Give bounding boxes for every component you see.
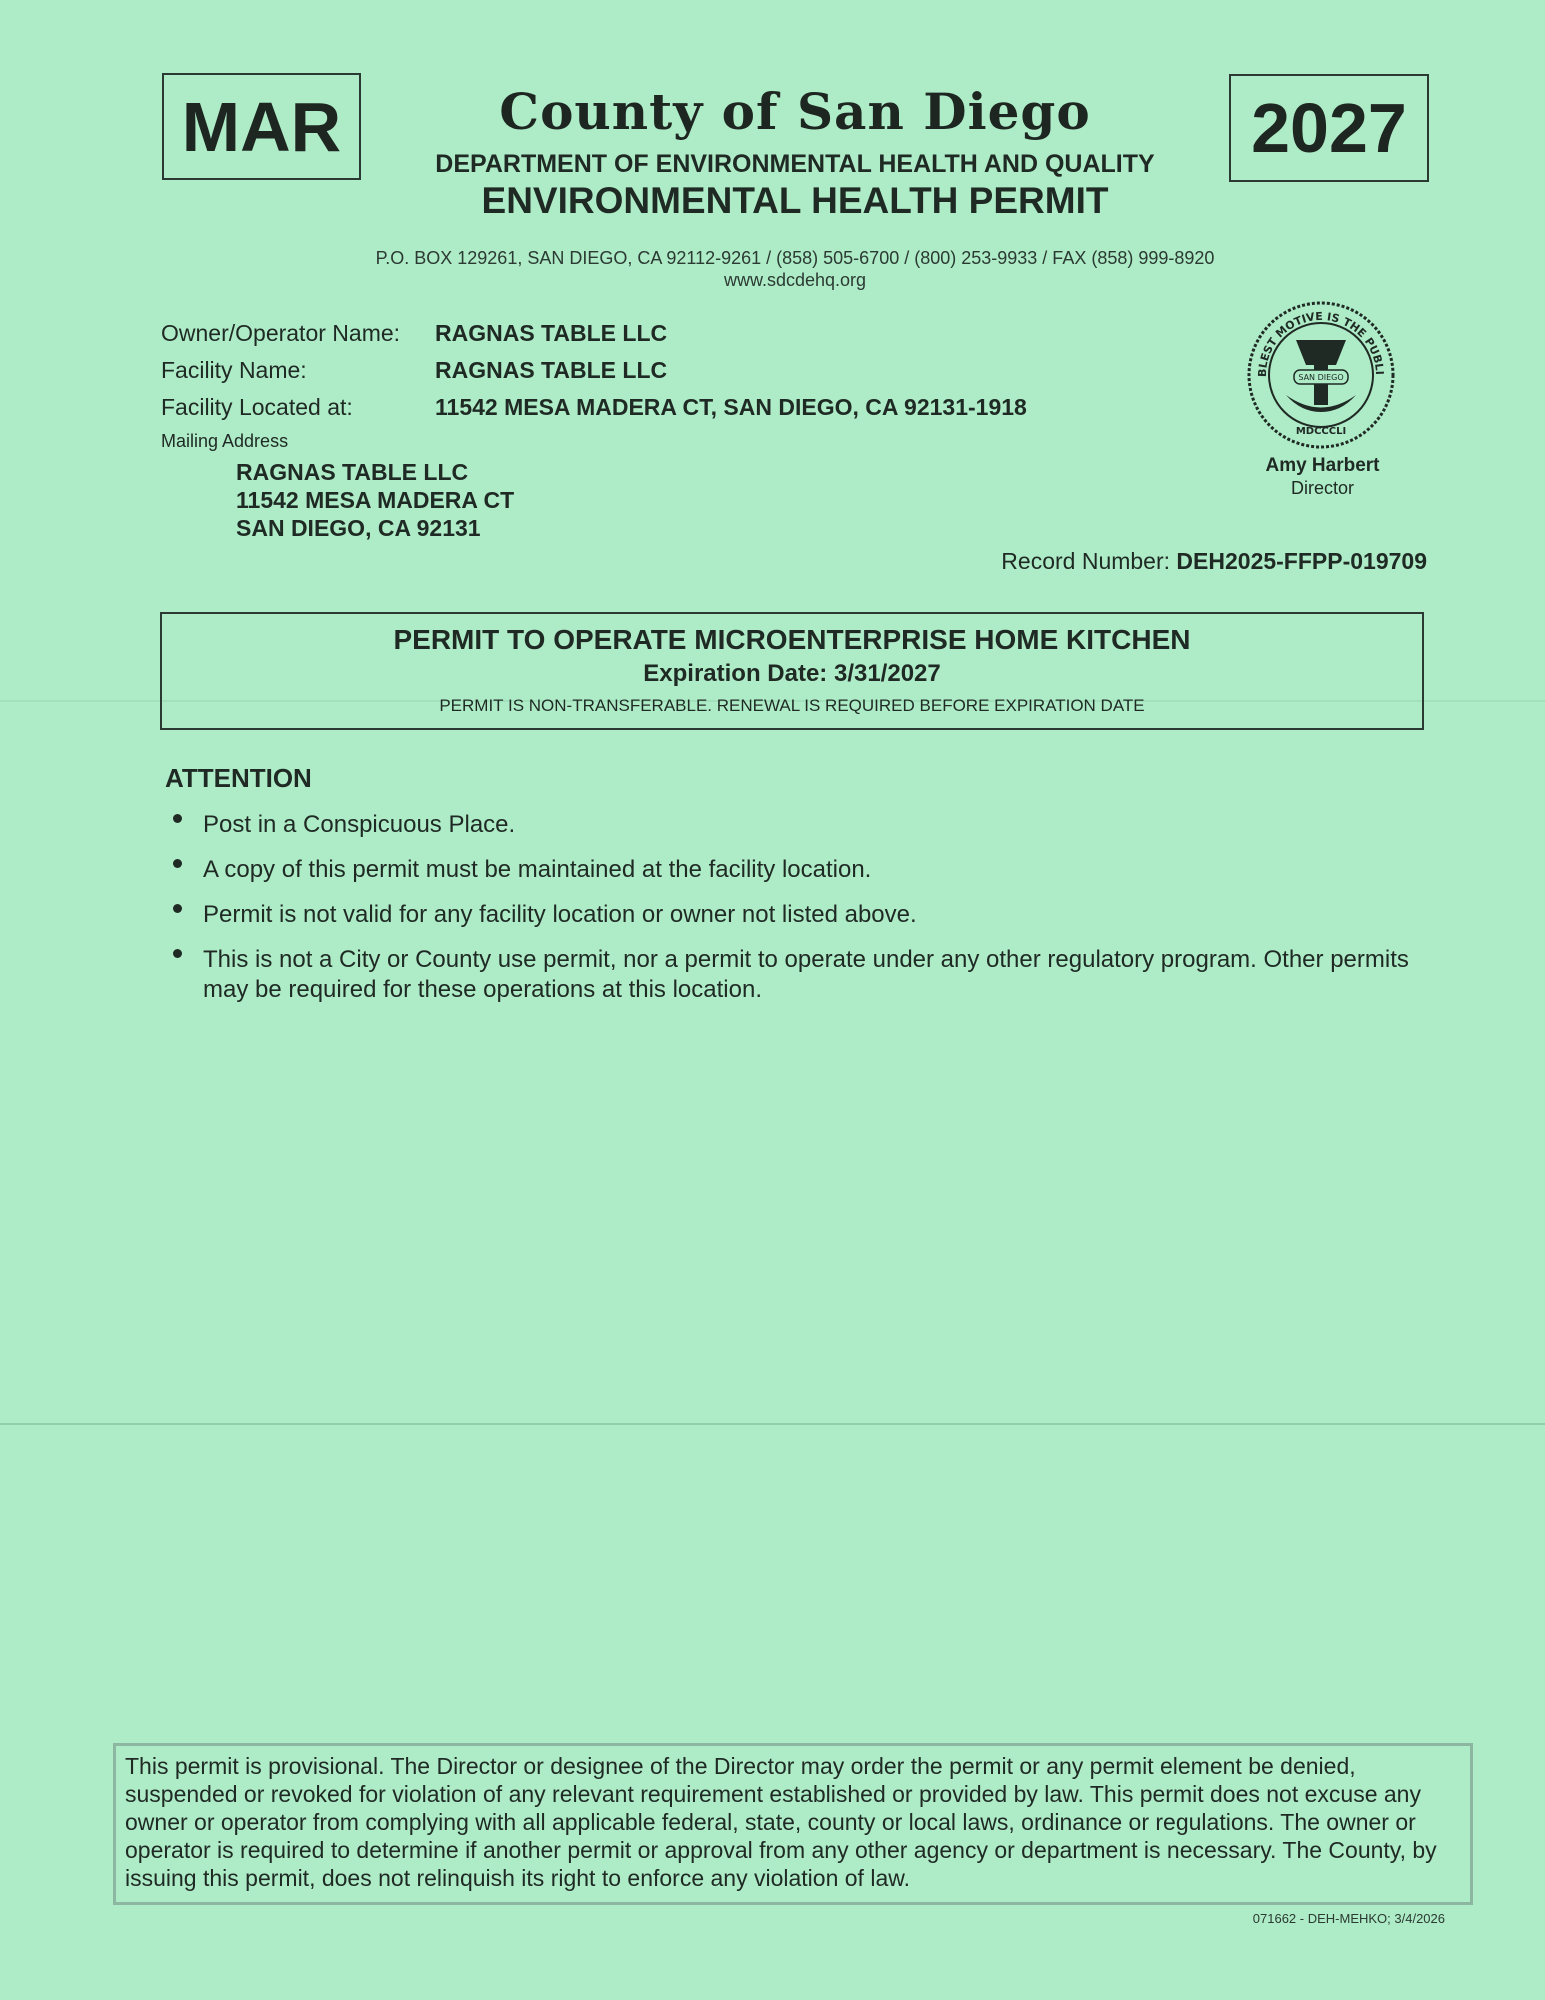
month-box: MAR [162,73,361,180]
website-link[interactable]: www.sdcdehq.org [250,269,1340,291]
mailing-line: 11542 MESA MADERA CT [236,486,514,514]
record-number: Record Number: DEH2025-FFPP-019709 [1001,548,1427,575]
bullet-icon [173,859,182,868]
list-item: This is not a City or County use permit,… [170,945,1430,1005]
county-title: County of San Diego [370,82,1220,141]
svg-text:SAN DIEGO: SAN DIEGO [1298,373,1343,382]
bullet-icon [173,904,182,913]
form-id: 071662 - DEH-MEHKO; 3/4/2026 [1253,1911,1445,1926]
director-name: Amy Harbert [1220,455,1425,477]
permit-note: PERMIT IS NON-TRANSFERABLE. RENEWAL IS R… [162,696,1422,716]
attention-list: Post in a Conspicuous Place. A copy of t… [170,810,1430,1020]
record-label: Record Number: [1001,548,1170,574]
record-value: DEH2025-FFPP-019709 [1176,548,1427,574]
list-item: Permit is not valid for any facility loc… [170,900,1430,930]
bullet-icon [173,814,182,823]
attention-heading: ATTENTION [165,763,312,794]
contact-line: P.O. BOX 129261, SAN DIEGO, CA 92112-926… [250,247,1340,269]
owner-value: RAGNAS TABLE LLC [435,320,667,347]
owner-label: Owner/Operator Name: [161,320,400,347]
year-box: 2027 [1229,74,1429,182]
mailing-line: RAGNAS TABLE LLC [236,458,514,486]
svg-text:MDCCCLI: MDCCCLI [1296,426,1346,437]
county-seal-icon: THE NOBLEST MOTIVE IS THE PUBLIC GOOD SA… [1246,300,1396,450]
contact-info: P.O. BOX 129261, SAN DIEGO, CA 92112-926… [250,247,1340,291]
disclaimer-box: This permit is provisional. The Director… [113,1743,1473,1905]
location-label: Facility Located at: [161,394,353,421]
permit-type: PERMIT TO OPERATE MICROENTERPRISE HOME K… [162,624,1422,656]
permit-heading: ENVIRONMENTAL HEALTH PERMIT [370,180,1220,222]
director-title: Director [1220,478,1425,499]
permit-box: PERMIT TO OPERATE MICROENTERPRISE HOME K… [160,612,1424,730]
department-title: DEPARTMENT OF ENVIRONMENTAL HEALTH AND Q… [370,150,1220,179]
mailing-label: Mailing Address [161,431,288,452]
mailing-line: SAN DIEGO, CA 92131 [236,514,514,542]
facility-value: RAGNAS TABLE LLC [435,357,667,384]
list-item: A copy of this permit must be maintained… [170,855,1430,885]
list-item: Post in a Conspicuous Place. [170,810,1430,840]
mailing-address: RAGNAS TABLE LLC 11542 MESA MADERA CT SA… [236,458,514,542]
expiration-date: Expiration Date: 3/31/2027 [162,660,1422,688]
bullet-icon [173,949,182,958]
facility-label: Facility Name: [161,357,307,384]
paper-fold-line [0,1423,1545,1425]
location-value: 11542 MESA MADERA CT, SAN DIEGO, CA 9213… [435,394,1027,421]
